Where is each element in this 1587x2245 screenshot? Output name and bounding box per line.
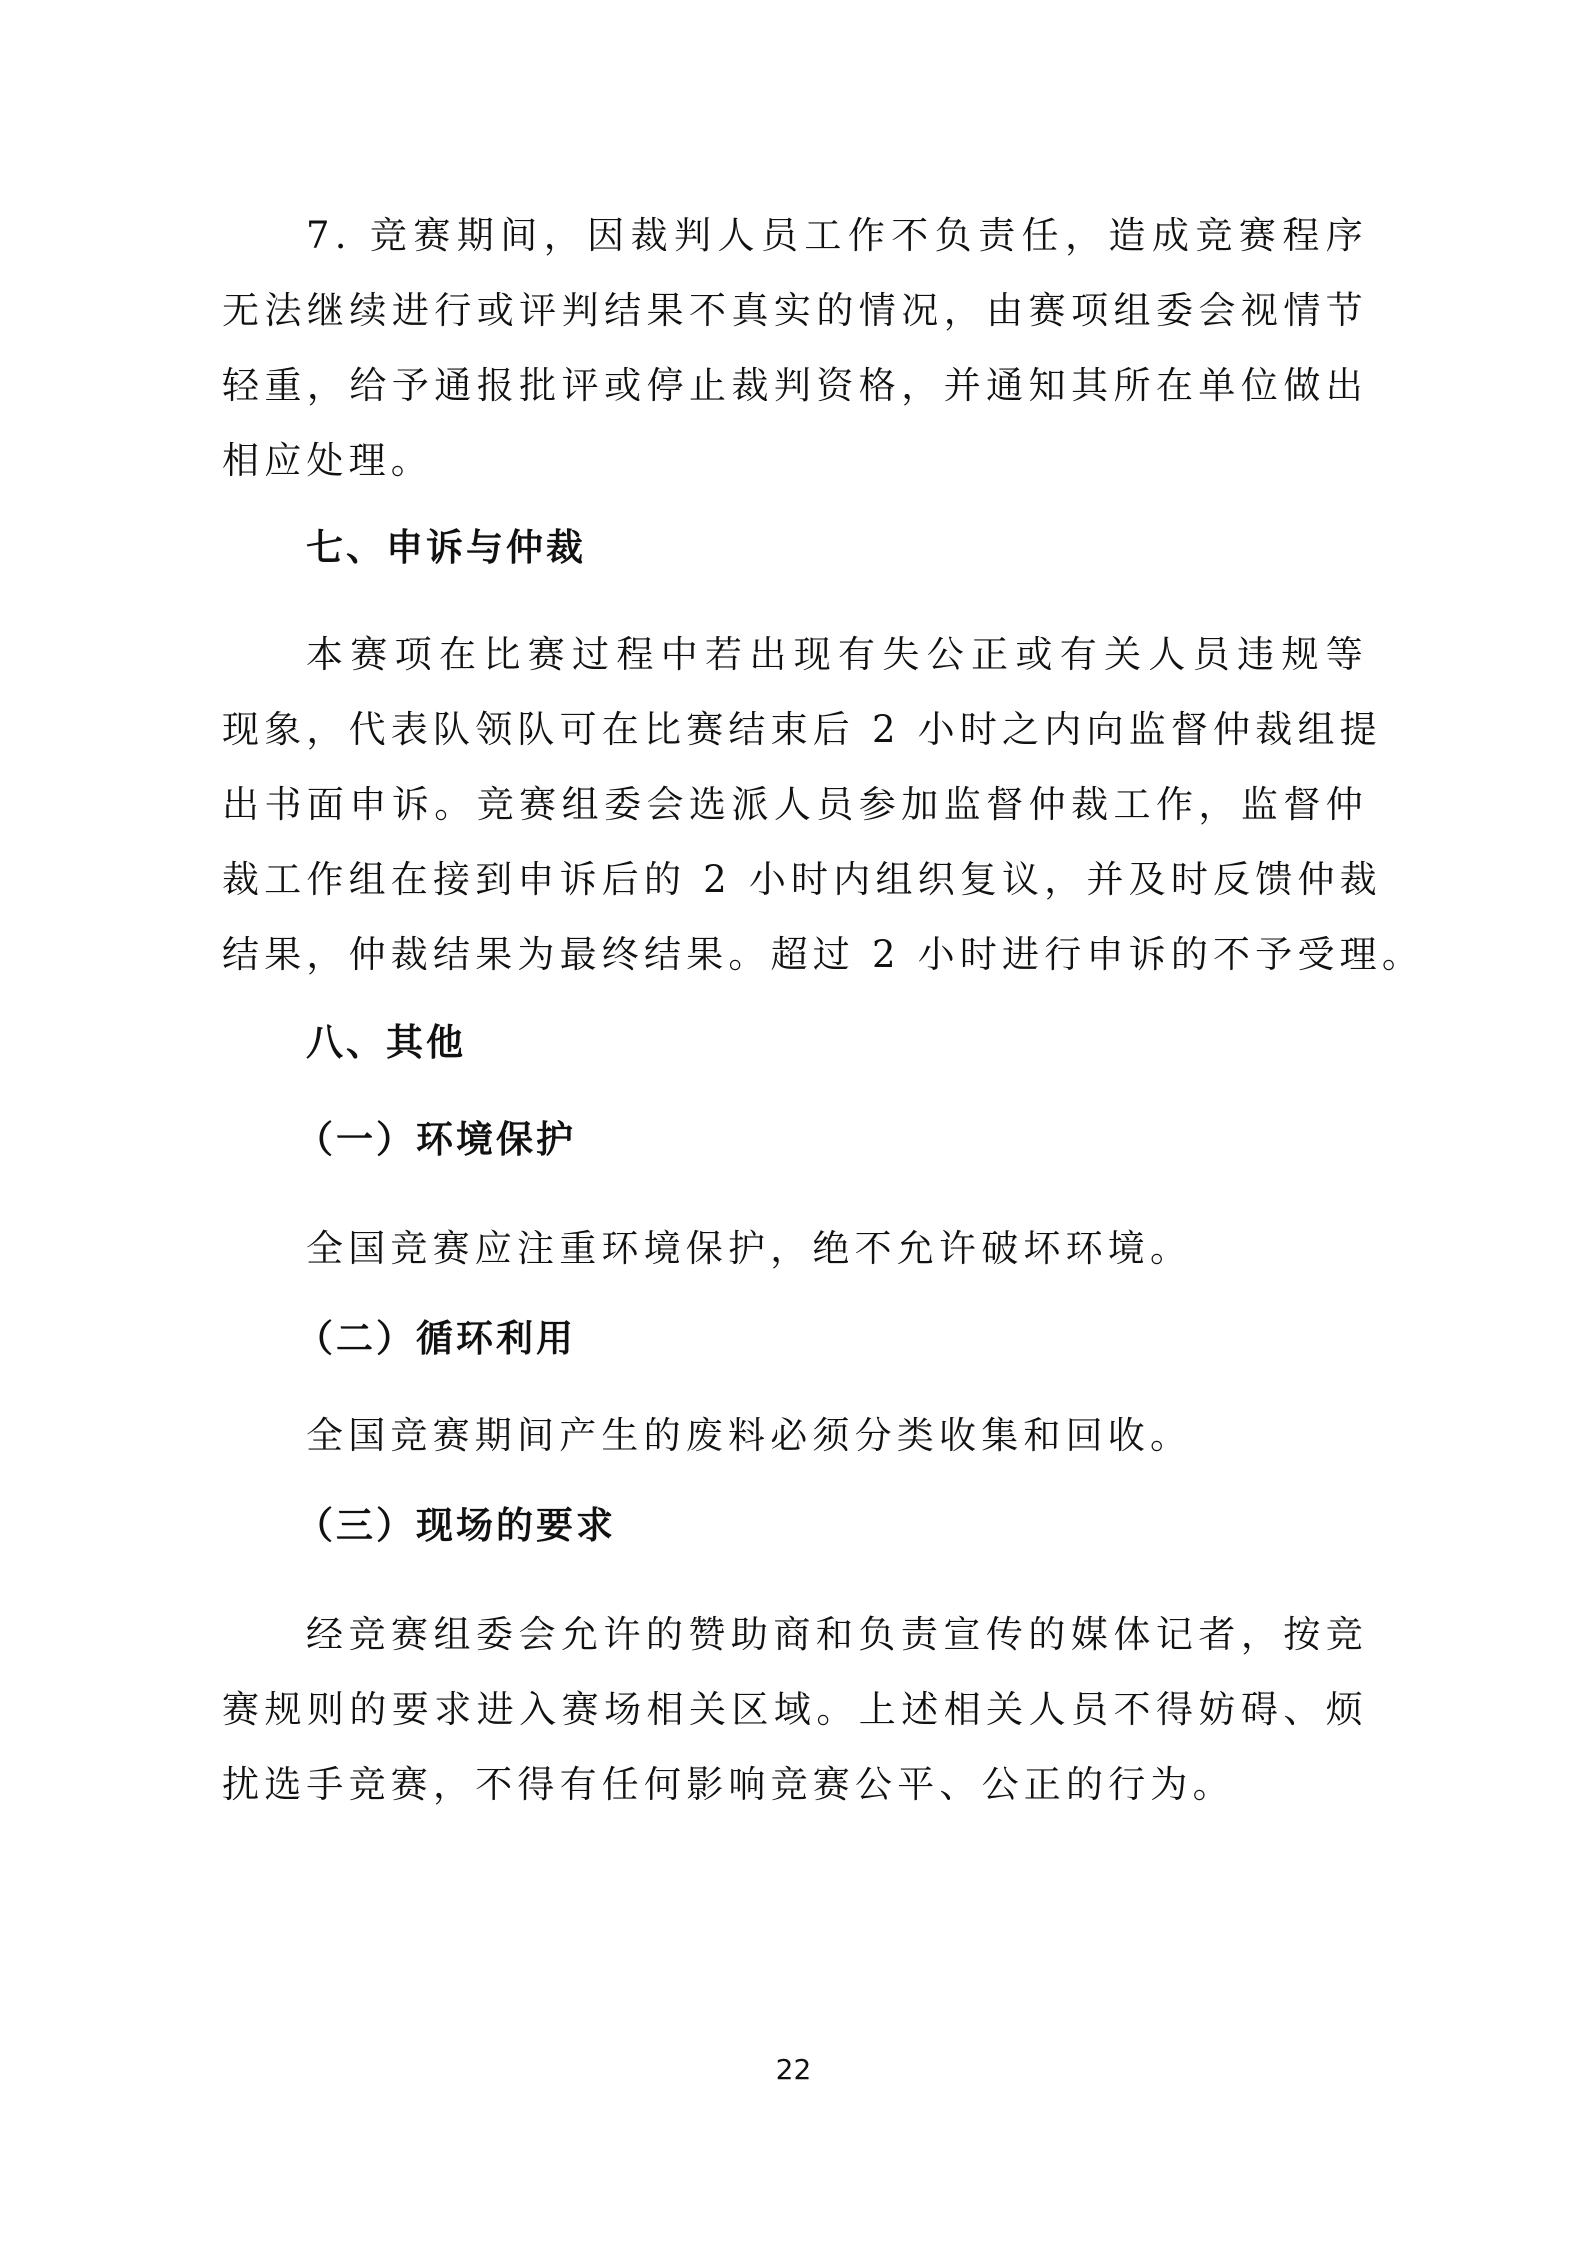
document-page: 7. 竞赛期间，因裁判人员工作不负责任，造成竞赛程序 无法继续进行或评判结果不真… [0,0,1587,2245]
paragraph-line: 全国竞赛应注重环境保护，绝不允许破坏环境。 [306,1224,1368,1274]
page-number: 22 [0,2052,1587,2088]
paragraph-line: 扰选手竞赛，不得有任何影响竞赛公平、公正的行为。 [222,1760,1368,1810]
subsection-heading-environment: （一）环境保护 [296,1115,576,1165]
paragraph-line: 现象，代表队领队可在比赛结束后 2 小时之内向监督仲裁组提 [222,705,1368,755]
subsection-heading-recycling: （二）循环利用 [296,1314,576,1364]
paragraph-line: 无法继续进行或评判结果不真实的情况，由赛项组委会视情节 [222,286,1368,336]
paragraph-line: 轻重，给予通报批评或停止裁判资格，并通知其所在单位做出 [222,361,1368,411]
paragraph-line: 赛规则的要求进入赛场相关区域。上述相关人员不得妨碍、烦 [222,1685,1368,1735]
paragraph-line: 裁工作组在接到申诉后的 2 小时内组织复议，并及时反馈仲裁 [222,855,1368,905]
paragraph-line: 7. 竞赛期间，因裁判人员工作不负责任，造成竞赛程序 [306,211,1368,261]
section-heading-appeal-arbitration: 七、申诉与仲裁 [306,523,586,573]
subsection-heading-venue-requirements: （三）现场的要求 [296,1501,616,1551]
section-heading-other: 八、其他 [306,1018,466,1068]
paragraph-line: 结果，仲裁结果为最终结果。超过 2 小时进行申诉的不予受理。 [222,930,1368,980]
paragraph-line: 经竞赛组委会允许的赞助商和负责宣传的媒体记者，按竞 [306,1610,1368,1660]
paragraph-line: 相应处理。 [222,436,1368,486]
paragraph-line: 全国竞赛期间产生的废料必须分类收集和回收。 [306,1411,1368,1461]
paragraph-line: 出书面申诉。竞赛组委会选派人员参加监督仲裁工作，监督仲 [222,780,1368,830]
paragraph-line: 本赛项在比赛过程中若出现有失公正或有关人员违规等 [306,630,1368,680]
